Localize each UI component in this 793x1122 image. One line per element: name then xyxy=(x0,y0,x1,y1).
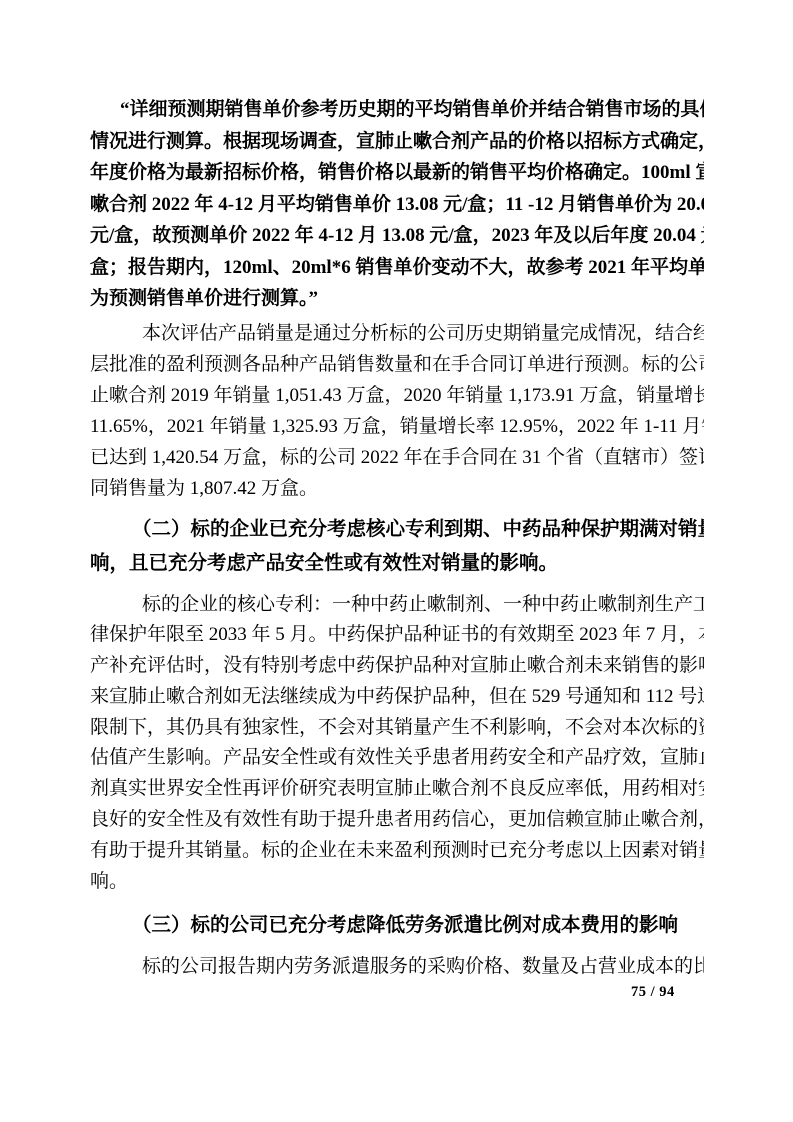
text-line: 响。 xyxy=(90,867,704,898)
text-line: 为预测销售单价进行测算。” xyxy=(90,283,704,315)
text-line: 盒；报告期内，120ml、20ml*6 销售单价变动不大，故参考 2021 年平… xyxy=(90,252,704,284)
text-line: （三）标的公司已充分考虑降低劳务派遣比例对成本费用的影响 xyxy=(90,909,704,943)
text-line: 元/盒，故预测单价 2022 年 4-12 月 13.08 元/盒，2023 年… xyxy=(90,220,704,252)
text-line: 标的企业的核心专利：一种中药止嗽制剂、一种中药止嗽制剂生产工艺的法 xyxy=(90,590,704,621)
text-line: “详细预测期销售单价参考历史期的平均销售单价并结合销售市场的具体 xyxy=(90,94,704,126)
text-line: 律保护年限至 2033 年 5 月。中药保护品种证书的有效期至 2023 年 7… xyxy=(90,620,704,651)
text-line: 已达到 1,420.54 万盒，标的公司 2022 年在手合同在 31 个省（直… xyxy=(90,442,704,473)
body-paragraph: 标的公司报告期内劳务派遣服务的采购价格、数量及占营业成本的比重情况 xyxy=(90,951,704,982)
text-line: 剂真实世界安全性再评价研究表明宣肺止嗽合剂不良反应率低，用药相对安全； xyxy=(90,774,704,805)
text-line: 标的公司报告期内劳务派遣服务的采购价格、数量及占营业成本的比重情况 xyxy=(90,951,704,982)
text-line: 层批准的盈利预测各品种产品销售数量和在手合同订单进行预测。标的公司宣肺 xyxy=(90,349,704,380)
text-line: 嗽合剂 2022 年 4-12 月平均销售单价 13.08 元/盒；11 -12… xyxy=(90,189,704,221)
text-line: 产补充评估时，没有特别考虑中药保护品种对宣肺止嗽合剂未来销售的影响。未 xyxy=(90,651,704,682)
section-heading: （二）标的企业已充分考虑核心专利到期、中药品种保护期满对销量的影响，且已充分考虑… xyxy=(90,513,704,581)
text-line: 估值产生影响。产品安全性或有效性关乎患者用药安全和产品疗效，宣肺止嗽合 xyxy=(90,743,704,774)
text-line: 限制下，其仍具有独家性，不会对其销量产生不利影响，不会对本次标的资产的 xyxy=(90,713,704,744)
text-line: 有助于提升其销量。标的企业在未来盈利预测时已充分考虑以上因素对销量的影 xyxy=(90,836,704,867)
text-line: 良好的安全性及有效性有助于提升患者用药信心，更加信赖宣肺止嗽合剂，从而 xyxy=(90,805,704,836)
text-line: 止嗽合剂 2019 年销量 1,051.43 万盒，2020 年销量 1,173… xyxy=(90,380,704,411)
text-line: 情况进行测算。根据现场调查，宣肺止嗽合剂产品的价格以招标方式确定，2021 xyxy=(90,126,704,158)
document-body: “详细预测期销售单价参考历史期的平均销售单价并结合销售市场的具体情况进行测算。根… xyxy=(90,94,704,982)
text-line: 11.65%，2021 年销量 1,325.93 万盒，销量增长率 12.95%… xyxy=(90,411,704,442)
text-line: 同销售量为 1,807.42 万盒。 xyxy=(90,473,704,504)
text-line: 响，且已充分考虑产品安全性或有效性对销量的影响。 xyxy=(90,547,704,581)
section-heading: （三）标的公司已充分考虑降低劳务派遣比例对成本费用的影响 xyxy=(90,909,704,943)
body-paragraph: 标的企业的核心专利：一种中药止嗽制剂、一种中药止嗽制剂生产工艺的法律保护年限至 … xyxy=(90,590,704,898)
text-line: 来宣肺止嗽合剂如无法继续成为中药保护品种，但在 529 号通知和 112 号通知… xyxy=(90,682,704,713)
page-background: { "document": { "blocks": [ { "type": "q… xyxy=(0,0,793,1122)
text-line: （二）标的企业已充分考虑核心专利到期、中药品种保护期满对销量的影 xyxy=(90,513,704,547)
body-paragraph: 本次评估产品销量是通过分析标的公司历史期销量完成情况，结合经营管理层批准的盈利预… xyxy=(90,318,704,504)
text-line: 本次评估产品销量是通过分析标的公司历史期销量完成情况，结合经营管理 xyxy=(90,318,704,349)
page-number: 75 / 94 xyxy=(631,984,675,1001)
quoted-paragraph: “详细预测期销售单价参考历史期的平均销售单价并结合销售市场的具体情况进行测算。根… xyxy=(90,94,704,315)
text-line: 年度价格为最新招标价格，销售价格以最新的销售平均价格确定。100ml 宣肺止 xyxy=(90,157,704,189)
